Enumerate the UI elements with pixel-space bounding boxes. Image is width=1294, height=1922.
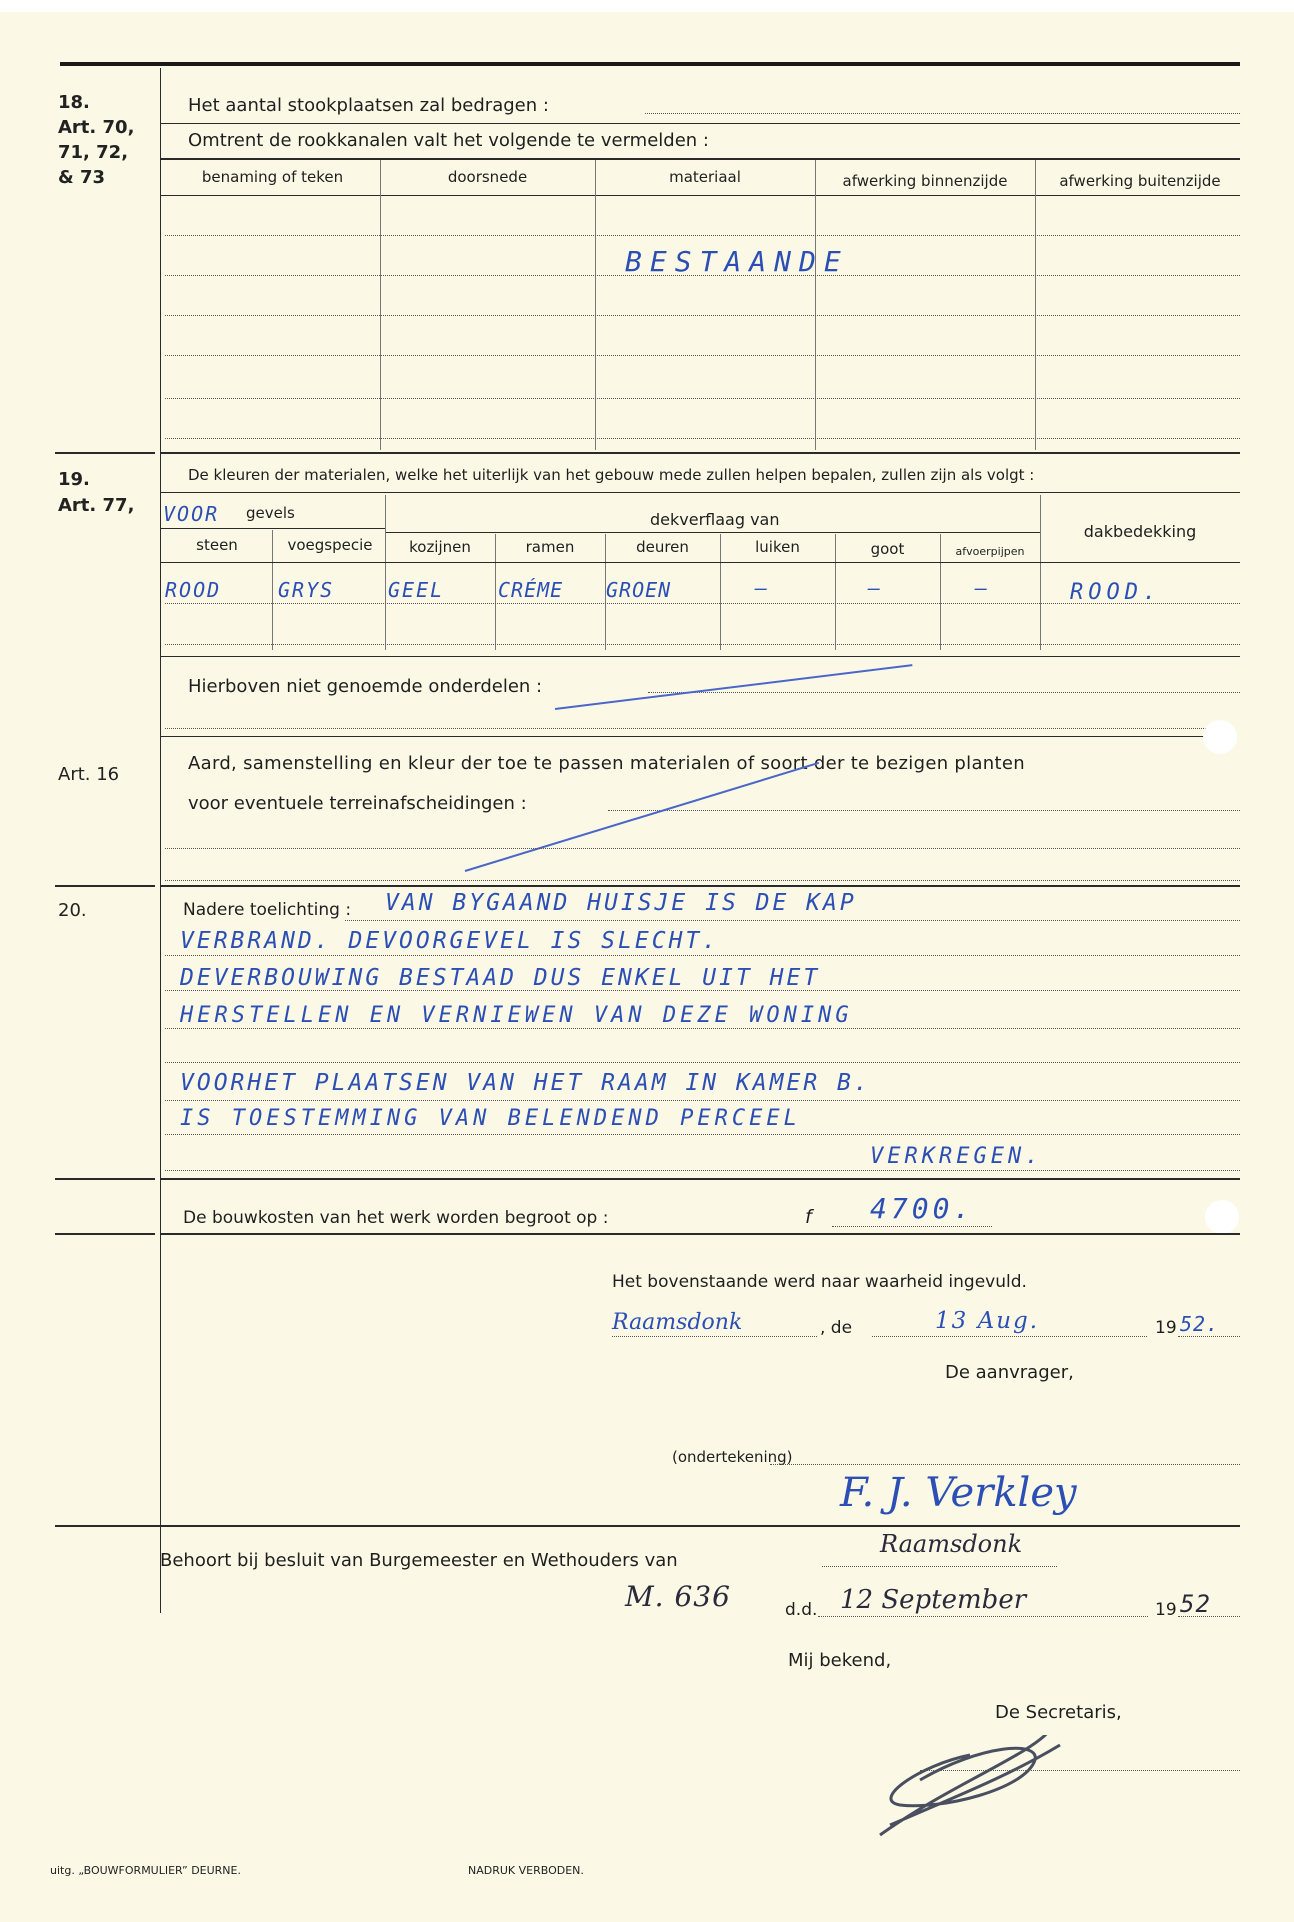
column-header: luiken bbox=[720, 538, 835, 556]
section-18-article: 71, 72, bbox=[58, 140, 128, 165]
date-field[interactable] bbox=[872, 1336, 1147, 1337]
color-steen: ROOD bbox=[165, 578, 221, 602]
dakbedekking-label: dakbedekking bbox=[1045, 522, 1235, 541]
secretary-label: De Secretaris, bbox=[995, 1702, 1122, 1723]
color-afvoerpijpen: — bbox=[975, 576, 990, 600]
applicant-signature: F. J. Verkley bbox=[840, 1470, 1077, 1516]
place-field[interactable] bbox=[612, 1336, 817, 1337]
column-header: ramen bbox=[495, 538, 605, 556]
rule bbox=[55, 452, 155, 454]
section-19-article: Art. 77, bbox=[58, 493, 134, 518]
de-label: , de bbox=[820, 1318, 852, 1338]
rule bbox=[160, 195, 1240, 196]
color-dakbedekking: ROOD. bbox=[1070, 580, 1161, 605]
color-row-line[interactable] bbox=[165, 644, 1240, 645]
col-divider bbox=[835, 534, 836, 650]
secretary-signature-field[interactable] bbox=[920, 1770, 1240, 1771]
color-luiken: — bbox=[755, 576, 770, 600]
color-kozijnen: GEEL bbox=[388, 578, 444, 602]
table-row-line[interactable] bbox=[165, 438, 1240, 439]
toelichting-field[interactable] bbox=[165, 1100, 1240, 1101]
rule bbox=[55, 1525, 1240, 1527]
section-18-number: 18. bbox=[58, 90, 90, 115]
col-divider bbox=[385, 495, 386, 650]
col-divider bbox=[380, 160, 381, 450]
color-goot: — bbox=[868, 576, 883, 600]
rule bbox=[160, 492, 1240, 493]
color-deuren: GROEN bbox=[606, 578, 671, 602]
dekverflaag-label: dekverflaag van bbox=[650, 510, 780, 529]
art-16-label: Art. 16 bbox=[58, 762, 119, 787]
section-18-article: Art. 70, bbox=[58, 115, 134, 140]
known-label: Mij bekend, bbox=[788, 1650, 891, 1671]
terreinafscheiding-field[interactable] bbox=[608, 810, 1240, 811]
punch-hole bbox=[1203, 720, 1237, 754]
column-header: benaming of teken bbox=[165, 168, 380, 186]
terreinafscheiding-label-line2: voor eventuele terreinafscheidingen : bbox=[188, 793, 527, 814]
rule bbox=[160, 158, 1240, 160]
table-row-line[interactable] bbox=[165, 235, 1240, 236]
rule bbox=[55, 885, 155, 887]
toelichting-line: HERSTELLEN EN VERNIEWEN VAN DEZE WONING bbox=[180, 1003, 853, 1028]
col-divider bbox=[940, 534, 941, 650]
decision-year-suffix: 52 bbox=[1180, 1590, 1211, 1618]
toelichting-line: VERBRAND. DEVOORGEVEL IS SLECHT. bbox=[180, 928, 719, 954]
toelichting-label: Nadere toelichting : bbox=[183, 900, 351, 920]
color-voegspecie: GRYS bbox=[278, 578, 334, 602]
rule bbox=[55, 1178, 155, 1180]
overige-onderdelen-label: Hierboven niet genoemde onderdelen : bbox=[188, 676, 542, 697]
column-header: goot bbox=[835, 540, 940, 558]
column-header: afwerking buitenzijde bbox=[1035, 172, 1245, 190]
terreinafscheiding-label-line1: Aard, samenstelling en kleur der toe te … bbox=[188, 753, 1025, 774]
col-divider bbox=[1035, 160, 1036, 450]
rule bbox=[160, 736, 1210, 737]
decision-reference: M. 636 bbox=[625, 1580, 731, 1613]
handwritten-voor: VOOR bbox=[163, 502, 219, 526]
col-divider bbox=[495, 534, 496, 650]
declaration-date: 13 Aug. bbox=[935, 1308, 1039, 1334]
col-divider bbox=[815, 160, 816, 450]
toelichting-line: VAN BYGAAND HUISJE IS DE KAP bbox=[385, 890, 857, 916]
column-header: kozijnen bbox=[385, 538, 495, 556]
stookplaatsen-field[interactable] bbox=[645, 113, 1240, 114]
punch-hole bbox=[1205, 1200, 1239, 1234]
col-divider bbox=[720, 534, 721, 650]
rule bbox=[160, 1233, 1240, 1235]
rule bbox=[160, 528, 385, 529]
col-divider bbox=[1040, 495, 1041, 650]
column-header: afvoerpijpen bbox=[940, 545, 1040, 558]
color-row-line[interactable] bbox=[165, 603, 1240, 604]
toelichting-field[interactable] bbox=[165, 1062, 1240, 1063]
margin-divider bbox=[160, 68, 161, 1613]
decision-date: 12 September bbox=[840, 1585, 1026, 1615]
toelichting-field[interactable] bbox=[165, 990, 1240, 991]
table-row-line[interactable] bbox=[165, 355, 1240, 356]
overige-onderdelen-field[interactable] bbox=[165, 728, 1210, 729]
decision-date-field[interactable] bbox=[818, 1616, 1148, 1617]
stookplaatsen-label: Het aantal stookplaatsen zal bedragen : bbox=[188, 95, 549, 116]
dd-label: d.d. bbox=[785, 1600, 817, 1620]
year-suffix: 52. bbox=[1180, 1312, 1219, 1336]
decision-year-prefix: 19 bbox=[1155, 1600, 1177, 1620]
colors-intro: De kleuren der materialen, welke het uit… bbox=[188, 466, 1034, 484]
decision-text: Behoort bij besluit van Burgemeester en … bbox=[160, 1550, 678, 1571]
bouwkosten-field[interactable] bbox=[832, 1226, 992, 1227]
toelichting-line: DEVERBOUWING BESTAAD DUS ENKEL UIT HET bbox=[180, 965, 820, 991]
bouwkosten-amount: 4700. bbox=[870, 1192, 974, 1225]
section-18-article: & 73 bbox=[58, 165, 105, 190]
table-row-line[interactable] bbox=[165, 315, 1240, 316]
section-19-number: 19. bbox=[58, 467, 90, 492]
year-prefix: 19 bbox=[1155, 1318, 1177, 1338]
rule bbox=[160, 1178, 1240, 1180]
top-rule bbox=[60, 62, 1240, 66]
column-header: materiaal bbox=[595, 168, 815, 186]
signature-field[interactable] bbox=[770, 1464, 1240, 1465]
toelichting-field[interactable] bbox=[165, 1170, 1240, 1171]
declaration-text: Het bovenstaande werd naar waarheid inge… bbox=[612, 1272, 1027, 1292]
rookkanalen-label: Omtrent de rookkanalen valt het volgende… bbox=[188, 130, 709, 151]
rule bbox=[55, 1233, 155, 1235]
declaration-place: Raamsdonk bbox=[612, 1310, 742, 1335]
toelichting-line: IS TOESTEMMING VAN BELENDEND PERCEEL bbox=[180, 1106, 801, 1131]
decision-year-field[interactable] bbox=[1178, 1616, 1240, 1617]
column-header: doorsnede bbox=[380, 168, 595, 186]
toelichting-line: VERKREGEN. bbox=[870, 1144, 1042, 1169]
secretary-signature-icon bbox=[860, 1735, 1120, 1845]
toelichting-field[interactable] bbox=[345, 920, 1240, 921]
section-20-number: 20. bbox=[58, 898, 87, 923]
rule bbox=[160, 562, 1240, 563]
col-divider bbox=[272, 530, 273, 650]
terreinafscheiding-field[interactable] bbox=[165, 880, 1240, 881]
rule bbox=[160, 656, 1240, 657]
decision-municipality: Raamsdonk bbox=[880, 1530, 1022, 1558]
column-header: steen bbox=[162, 536, 272, 554]
column-header: deuren bbox=[605, 538, 720, 556]
toelichting-field[interactable] bbox=[165, 955, 1240, 956]
rule bbox=[385, 532, 1040, 533]
toelichting-field[interactable] bbox=[165, 1028, 1240, 1029]
toelichting-line: VOORHET PLAATSEN VAN HET RAAM IN KAMER B… bbox=[180, 1070, 871, 1096]
bouwkosten-label: De bouwkosten van het werk worden begroo… bbox=[183, 1208, 608, 1228]
toelichting-field[interactable] bbox=[165, 1134, 1240, 1135]
applicant-label: De aanvrager, bbox=[945, 1362, 1074, 1383]
overige-onderdelen-field[interactable] bbox=[648, 692, 1240, 693]
terreinafscheiding-field[interactable] bbox=[165, 848, 1240, 849]
gevels-label: gevels bbox=[246, 504, 295, 522]
column-header: voegspecie bbox=[275, 536, 385, 554]
reprint-notice: NADRUK VERBODEN. bbox=[468, 1864, 584, 1877]
municipality-field[interactable] bbox=[822, 1566, 1057, 1567]
col-divider bbox=[595, 160, 596, 450]
currency-symbol: f bbox=[805, 1206, 812, 1228]
rule bbox=[160, 123, 1240, 124]
rule bbox=[160, 452, 1240, 454]
table-row-line[interactable] bbox=[165, 398, 1240, 399]
handwritten-bestaande: BESTAANDE bbox=[625, 245, 849, 278]
color-ramen: CRÉME bbox=[498, 578, 563, 602]
publisher-note: uitg. „BOUWFORMULIER” DEURNE. bbox=[50, 1864, 241, 1877]
column-header: afwerking binnenzijde bbox=[815, 172, 1035, 190]
year-field[interactable] bbox=[1178, 1336, 1240, 1337]
rule bbox=[160, 885, 1240, 887]
